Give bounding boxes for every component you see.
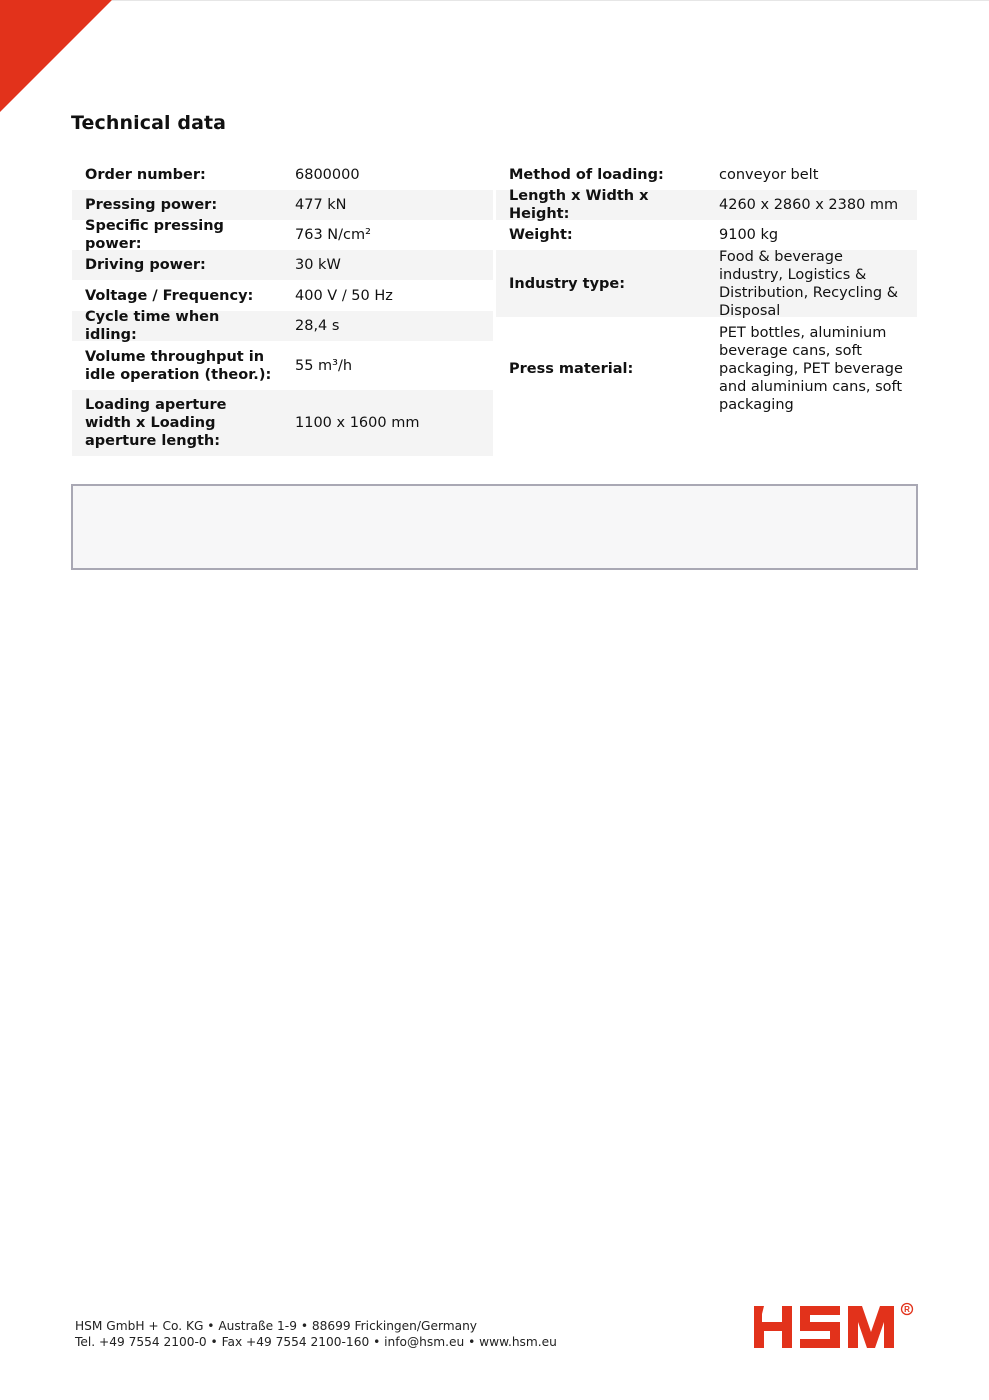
spec-row: Cycle time when idling: 28,4 s bbox=[72, 311, 493, 341]
empty-notes-box bbox=[71, 484, 918, 570]
spec-row: Loading aperture width x Loading apertur… bbox=[72, 390, 493, 456]
spec-label: Driving power: bbox=[72, 256, 282, 274]
spec-value: 400 V / 50 Hz bbox=[282, 287, 493, 305]
spec-row: Specific pressing power: 763 N/cm² bbox=[72, 220, 493, 250]
spec-row: Volume throughput in idle operation (the… bbox=[72, 341, 493, 390]
spec-row: Weight: 9100 kg bbox=[496, 220, 917, 250]
spec-label: Specific pressing power: bbox=[72, 217, 282, 253]
corner-accent-triangle bbox=[0, 0, 112, 112]
spec-row: Voltage / Frequency: 400 V / 50 Hz bbox=[72, 280, 493, 311]
spec-row: Method of loading: conveyor belt bbox=[496, 160, 917, 190]
hsm-logo: R bbox=[752, 1300, 917, 1352]
spec-value: conveyor belt bbox=[706, 166, 917, 184]
svg-text:R: R bbox=[904, 1305, 910, 1314]
page-title: Technical data bbox=[71, 112, 226, 134]
spec-value: 6800000 bbox=[282, 166, 493, 184]
spec-label: Cycle time when idling: bbox=[72, 308, 282, 344]
footer-contact: Tel. +49 7554 2100-0 • Fax +49 7554 2100… bbox=[75, 1335, 557, 1351]
spec-value: 30 kW bbox=[282, 256, 493, 274]
spec-row: Order number: 6800000 bbox=[72, 160, 493, 190]
spec-row: Driving power: 30 kW bbox=[72, 250, 493, 280]
spec-value: PET bottles, aluminium beverage cans, so… bbox=[706, 324, 917, 414]
spec-label: Loading aperture width x Loading apertur… bbox=[72, 396, 282, 450]
spec-label: Method of loading: bbox=[496, 166, 706, 184]
specs-table-right: Method of loading: conveyor belt Length … bbox=[496, 160, 917, 421]
hsm-logo-icon: R bbox=[752, 1300, 917, 1352]
spec-row: Industry type: Food & beverage industry,… bbox=[496, 250, 917, 317]
spec-label: Pressing power: bbox=[72, 196, 282, 214]
spec-value: 4260 x 2860 x 2380 mm bbox=[706, 196, 917, 214]
spec-label: Order number: bbox=[72, 166, 282, 184]
company-footer: HSM GmbH + Co. KG • Austraße 1-9 • 88699… bbox=[75, 1319, 557, 1350]
spec-label: Voltage / Frequency: bbox=[72, 287, 282, 305]
spec-value: 477 kN bbox=[282, 196, 493, 214]
spec-label: Length x Width x Height: bbox=[496, 187, 706, 223]
spec-value: 9100 kg bbox=[706, 226, 917, 244]
spec-value: Food & beverage industry, Logistics & Di… bbox=[706, 248, 917, 320]
footer-address: HSM GmbH + Co. KG • Austraße 1-9 • 88699… bbox=[75, 1319, 557, 1335]
spec-label: Industry type: bbox=[496, 275, 706, 293]
page-top-border bbox=[112, 0, 989, 1]
spec-value: 1100 x 1600 mm bbox=[282, 414, 493, 432]
spec-value: 55 m³/h bbox=[282, 357, 493, 375]
spec-label: Volume throughput in idle operation (the… bbox=[72, 348, 282, 384]
spec-value: 28,4 s bbox=[282, 317, 493, 335]
specs-table-left: Order number: 6800000 Pressing power: 47… bbox=[72, 160, 493, 456]
spec-label: Weight: bbox=[496, 226, 706, 244]
spec-label: Press material: bbox=[496, 360, 706, 378]
spec-row: Pressing power: 477 kN bbox=[72, 190, 493, 220]
spec-row: Press material: PET bottles, aluminium b… bbox=[496, 317, 917, 421]
spec-row: Length x Width x Height: 4260 x 2860 x 2… bbox=[496, 190, 917, 220]
spec-value: 763 N/cm² bbox=[282, 226, 493, 244]
